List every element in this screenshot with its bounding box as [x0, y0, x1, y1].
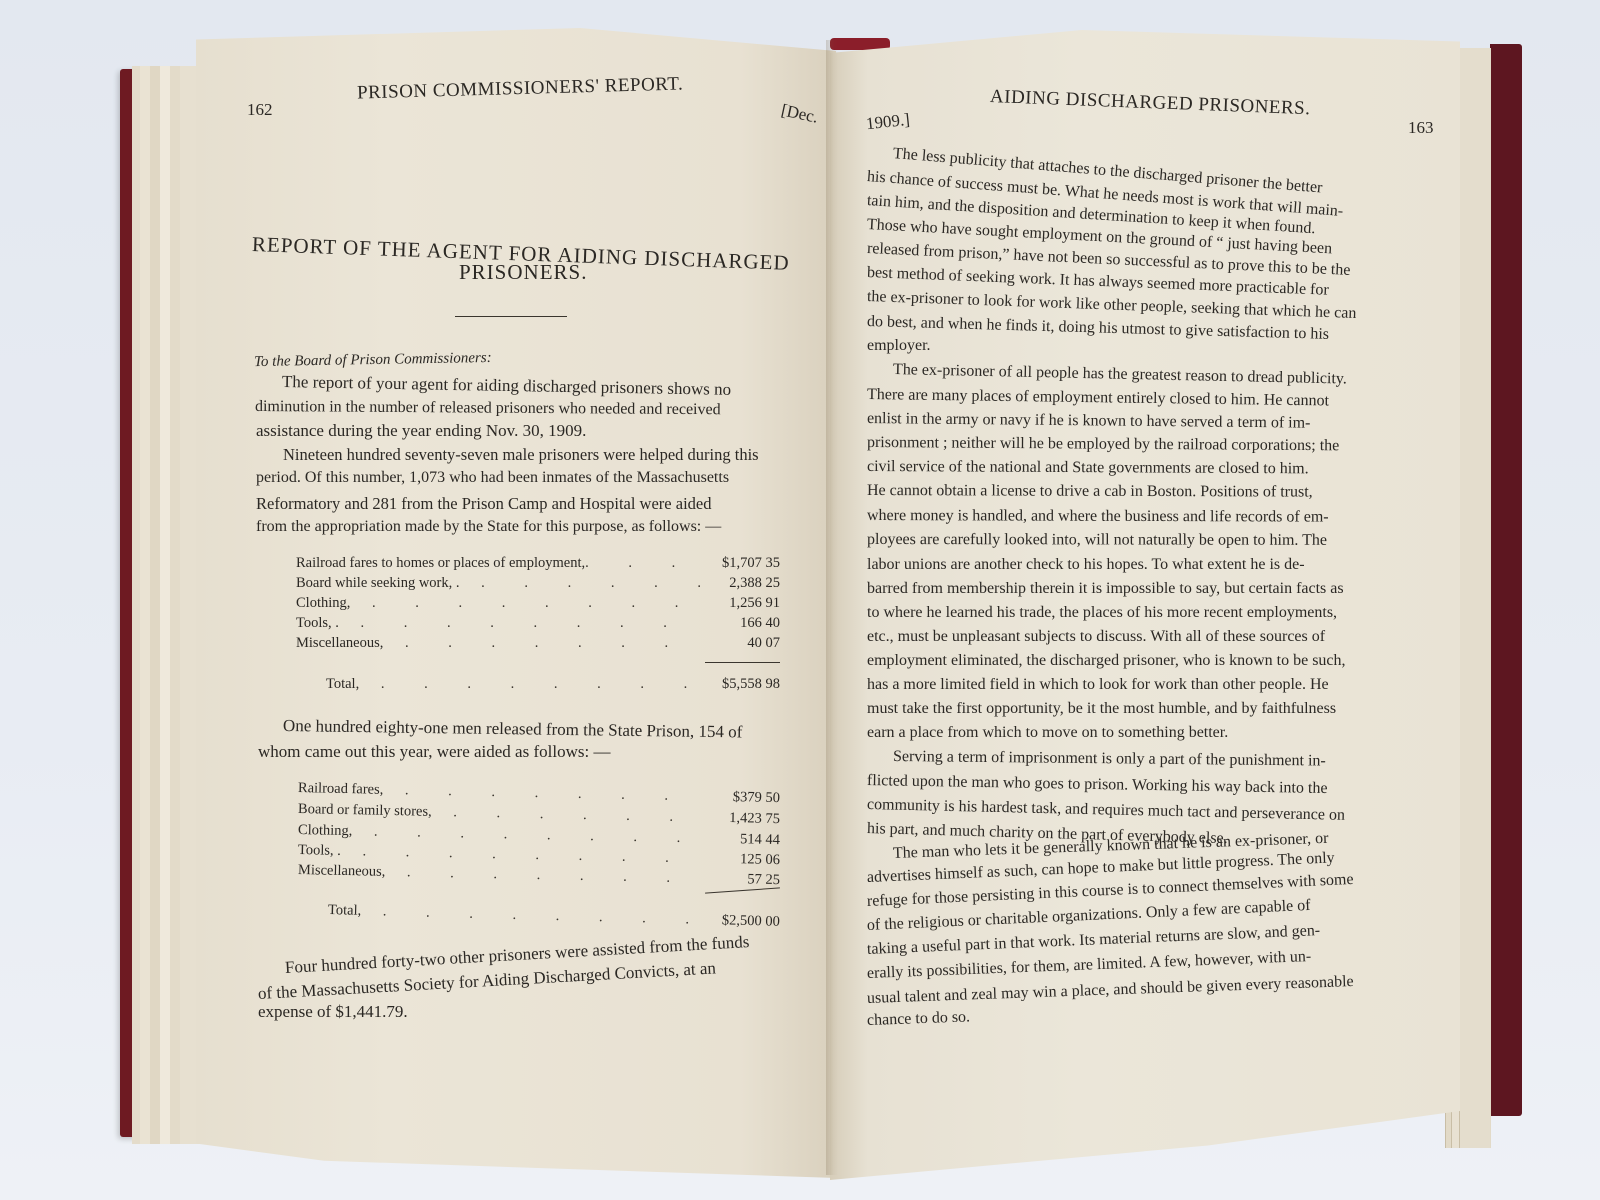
paragraph-line: from the appropriation made by the State… [256, 518, 721, 536]
paragraph-line: civil service of the national and State … [867, 458, 1309, 478]
paragraph-line: Nineteen hundred seventy-seven male pris… [283, 445, 759, 465]
book-spine-top [830, 38, 890, 50]
book-gutter [826, 40, 838, 1175]
paragraph-line: Reformatory and 281 from the Prison Camp… [256, 494, 711, 514]
paragraph-line: whom came out this year, were aided as f… [258, 742, 610, 762]
paragraph-line: to where he learned his trade, the place… [867, 604, 1337, 622]
paragraph-line: etc., must be unpleasant subjects to dis… [867, 628, 1325, 646]
report-title-line2: PRISONERS. [459, 260, 587, 285]
table-row: Miscellaneous, . . . . . . . . . . 40 07 [296, 635, 780, 652]
paragraph-line: must take the first opportunity, be it t… [867, 700, 1336, 718]
paragraph-line: earn a place from which to move on to so… [867, 724, 1228, 742]
paragraph-line: has a more limited field in which to loo… [867, 676, 1329, 694]
title-rule [455, 316, 567, 317]
paragraph-line: chance to do so. [867, 1008, 971, 1030]
paragraph-line: prisonment ; neither will he be employed… [867, 434, 1339, 455]
table-row: Clothing, . . . . . . . . . . . 1,256 91 [296, 595, 780, 612]
table-row: Railroad fares to homes or places of emp… [296, 555, 780, 572]
page-edges-left [132, 66, 207, 1144]
paragraph-line: assistance during the year ending Nov. 3… [256, 421, 586, 441]
total-rule [705, 662, 780, 663]
table-row: Tools, . . . . . . . . . . . . 166 40 [296, 615, 780, 632]
page-number-right: 163 [1408, 118, 1434, 138]
paragraph-line: diminution in the number of released pri… [255, 398, 721, 419]
paragraph-line: labor unions are another check to his ho… [867, 556, 1305, 574]
paragraph-line: employment eliminated, the discharged pr… [867, 652, 1346, 670]
table-row: Board while seeking work, . . . . . . . … [296, 575, 780, 592]
paragraph-line: expense of $1,441.79. [258, 1002, 408, 1022]
paragraph-line: period. Of this number, 1,073 who had be… [256, 469, 729, 487]
paragraph-line: barred from membership therein it is imp… [867, 580, 1344, 598]
paragraph-line: He cannot obtain a license to drive a ca… [867, 482, 1313, 502]
open-book-photo: 162 PRISON COMMISSIONERS' REPORT. [Dec. … [0, 0, 1600, 1200]
page-number-left: 162 [247, 100, 273, 120]
paragraph-line: where money is handled, and where the bu… [867, 507, 1329, 527]
paragraph-line: employer. [867, 337, 931, 355]
paragraph-line: ployees are carefully looked into, will … [867, 531, 1327, 550]
table-total-row: Total, . . . . . . . . . . . . $5,558 98 [326, 676, 780, 693]
